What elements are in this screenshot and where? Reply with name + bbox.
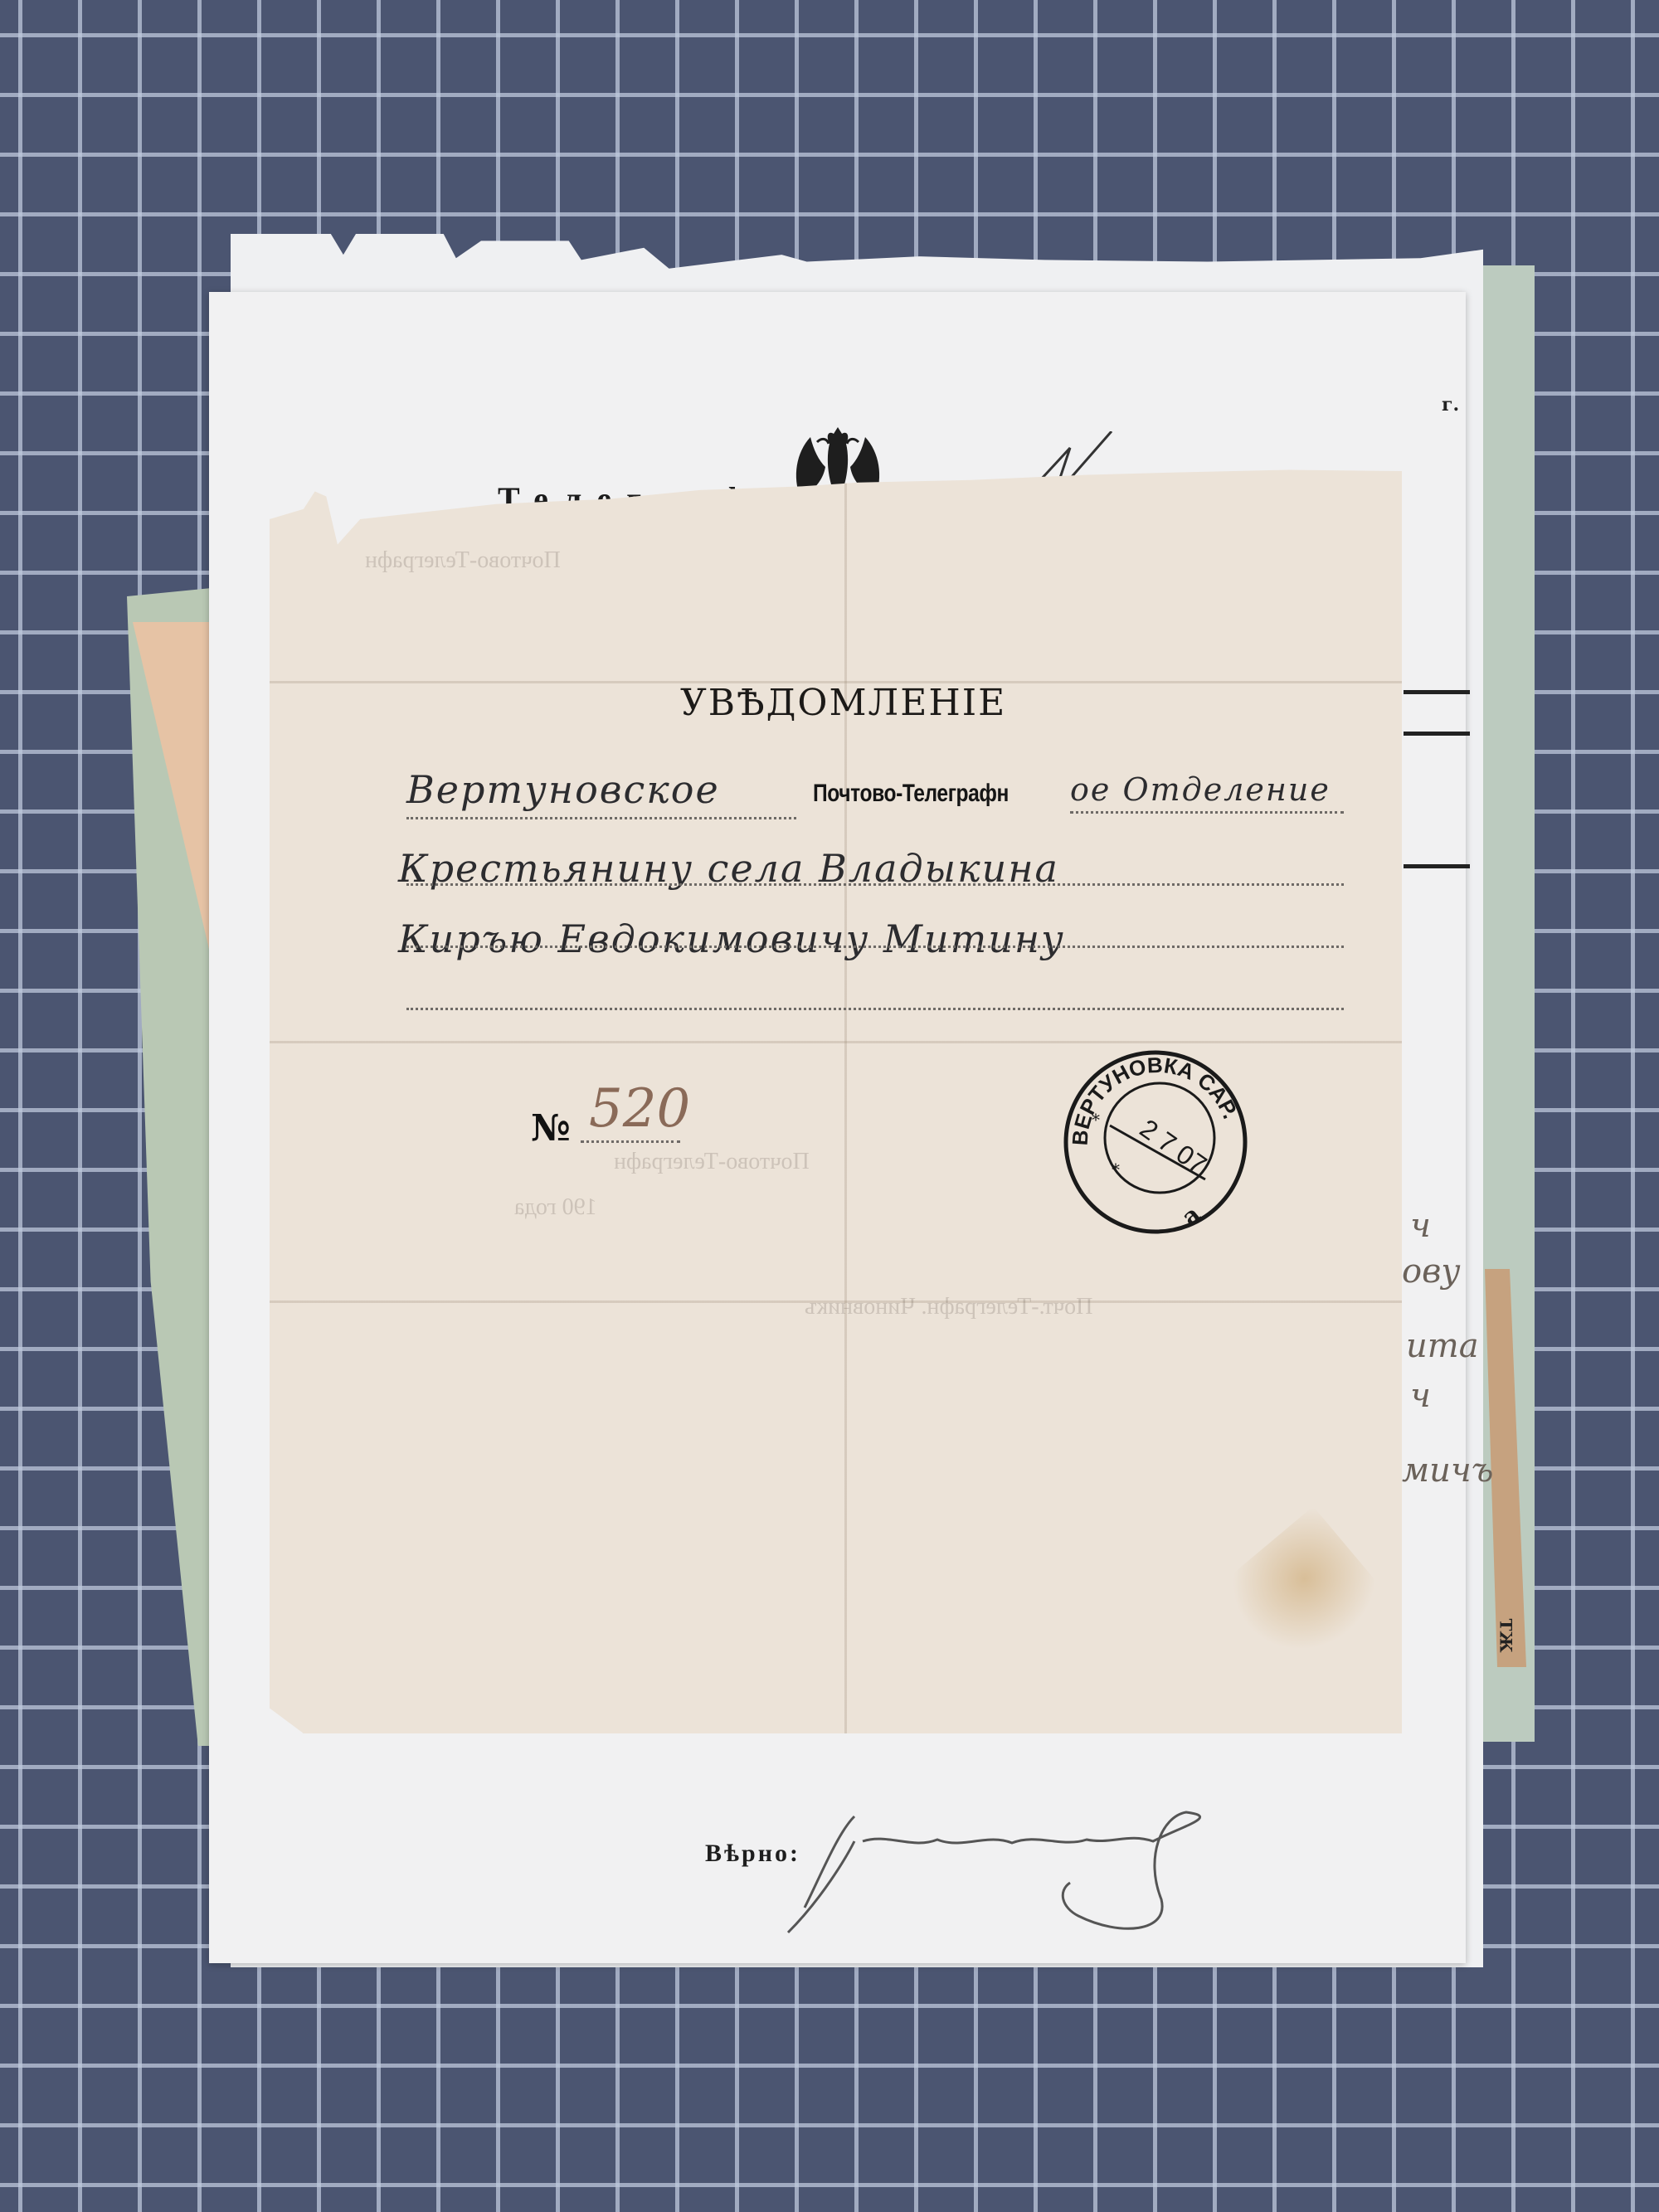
dotted-line xyxy=(406,883,1344,886)
show-through-text: 190 года xyxy=(514,1194,597,1221)
handwritten-place: Вертуновское xyxy=(406,767,720,812)
show-through-text: Почтово-Телеграфн xyxy=(365,547,561,574)
margin-handwriting: ч xyxy=(1410,1207,1431,1245)
handwritten-number: 520 xyxy=(589,1078,690,1140)
handwritten-name-line: Киръю Евдокимовичу Митину xyxy=(398,916,1065,961)
dotted-line xyxy=(406,946,1344,948)
signature-icon xyxy=(771,1808,1236,1941)
notice-title: УВѢДОМЛЕНІЕ xyxy=(680,682,1006,724)
margin-handwriting: ч xyxy=(1410,1377,1431,1415)
show-through-text: Почт.-Телеграфн. Чиновникъ xyxy=(805,1294,1092,1320)
margin-handwriting: ита xyxy=(1406,1327,1479,1365)
dotted-line xyxy=(406,817,796,819)
dotted-line xyxy=(1070,811,1344,814)
edge-text: ТЖ xyxy=(1496,1618,1516,1652)
margin-handwriting: ову xyxy=(1402,1252,1461,1291)
svg-text:*: * xyxy=(1092,1110,1100,1130)
show-through-text: Почтово-Телеграфн xyxy=(614,1149,810,1175)
dotted-line xyxy=(406,1008,1344,1010)
number-sign: № xyxy=(531,1107,571,1150)
margin-handwriting: мичъ xyxy=(1402,1451,1493,1490)
handwritten-office-suffix: ое Отделение xyxy=(1070,771,1331,808)
form-rule xyxy=(1404,690,1470,694)
form-rule xyxy=(1404,864,1470,868)
postmark-stamp-icon: ВЕРТУНОВКА САР. 2 7 07 а * * xyxy=(1060,1047,1251,1237)
dotted-line xyxy=(581,1140,680,1143)
corner-mark: г. xyxy=(1442,394,1459,416)
form-rule xyxy=(1404,732,1470,736)
printed-office-label: Почтово-Телеграфн xyxy=(813,780,1009,808)
svg-text:*: * xyxy=(1112,1159,1120,1179)
